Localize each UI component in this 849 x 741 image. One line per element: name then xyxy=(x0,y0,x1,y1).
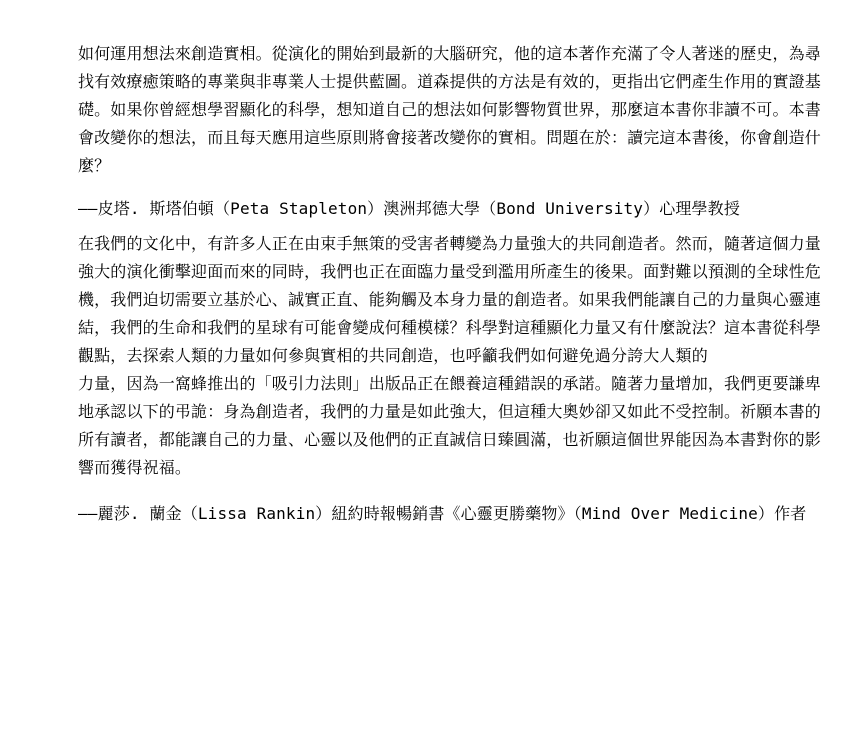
endorsement-paragraph-1: 如何運用想法來創造實相。從演化的開始到最新的大腦研究，他的這本著作充滿了令人著迷… xyxy=(78,40,823,180)
attribution-peta-stapleton: ——皮塔. 斯塔伯頓（Peta Stapleton）澳洲邦德大學（Bond Un… xyxy=(78,195,823,223)
document-page: 如何運用想法來創造實相。從演化的開始到最新的大腦研究，他的這本著作充滿了令人著迷… xyxy=(78,40,823,528)
endorsement-paragraph-2-part-a: 在我們的文化中，有許多人正在由束手無策的受害者轉變為力量強大的共同創造者。然而，… xyxy=(78,230,823,370)
endorsement-paragraph-2-part-b: 力量，因為一窩蜂推出的「吸引力法則」出版品正在餵養這種錯誤的承諾。隨著力量增加，… xyxy=(78,370,823,482)
attribution-lissa-rankin: ——麗莎. 蘭金（Lissa Rankin）紐約時報暢銷書《心靈更勝藥物》（Mi… xyxy=(78,500,823,528)
